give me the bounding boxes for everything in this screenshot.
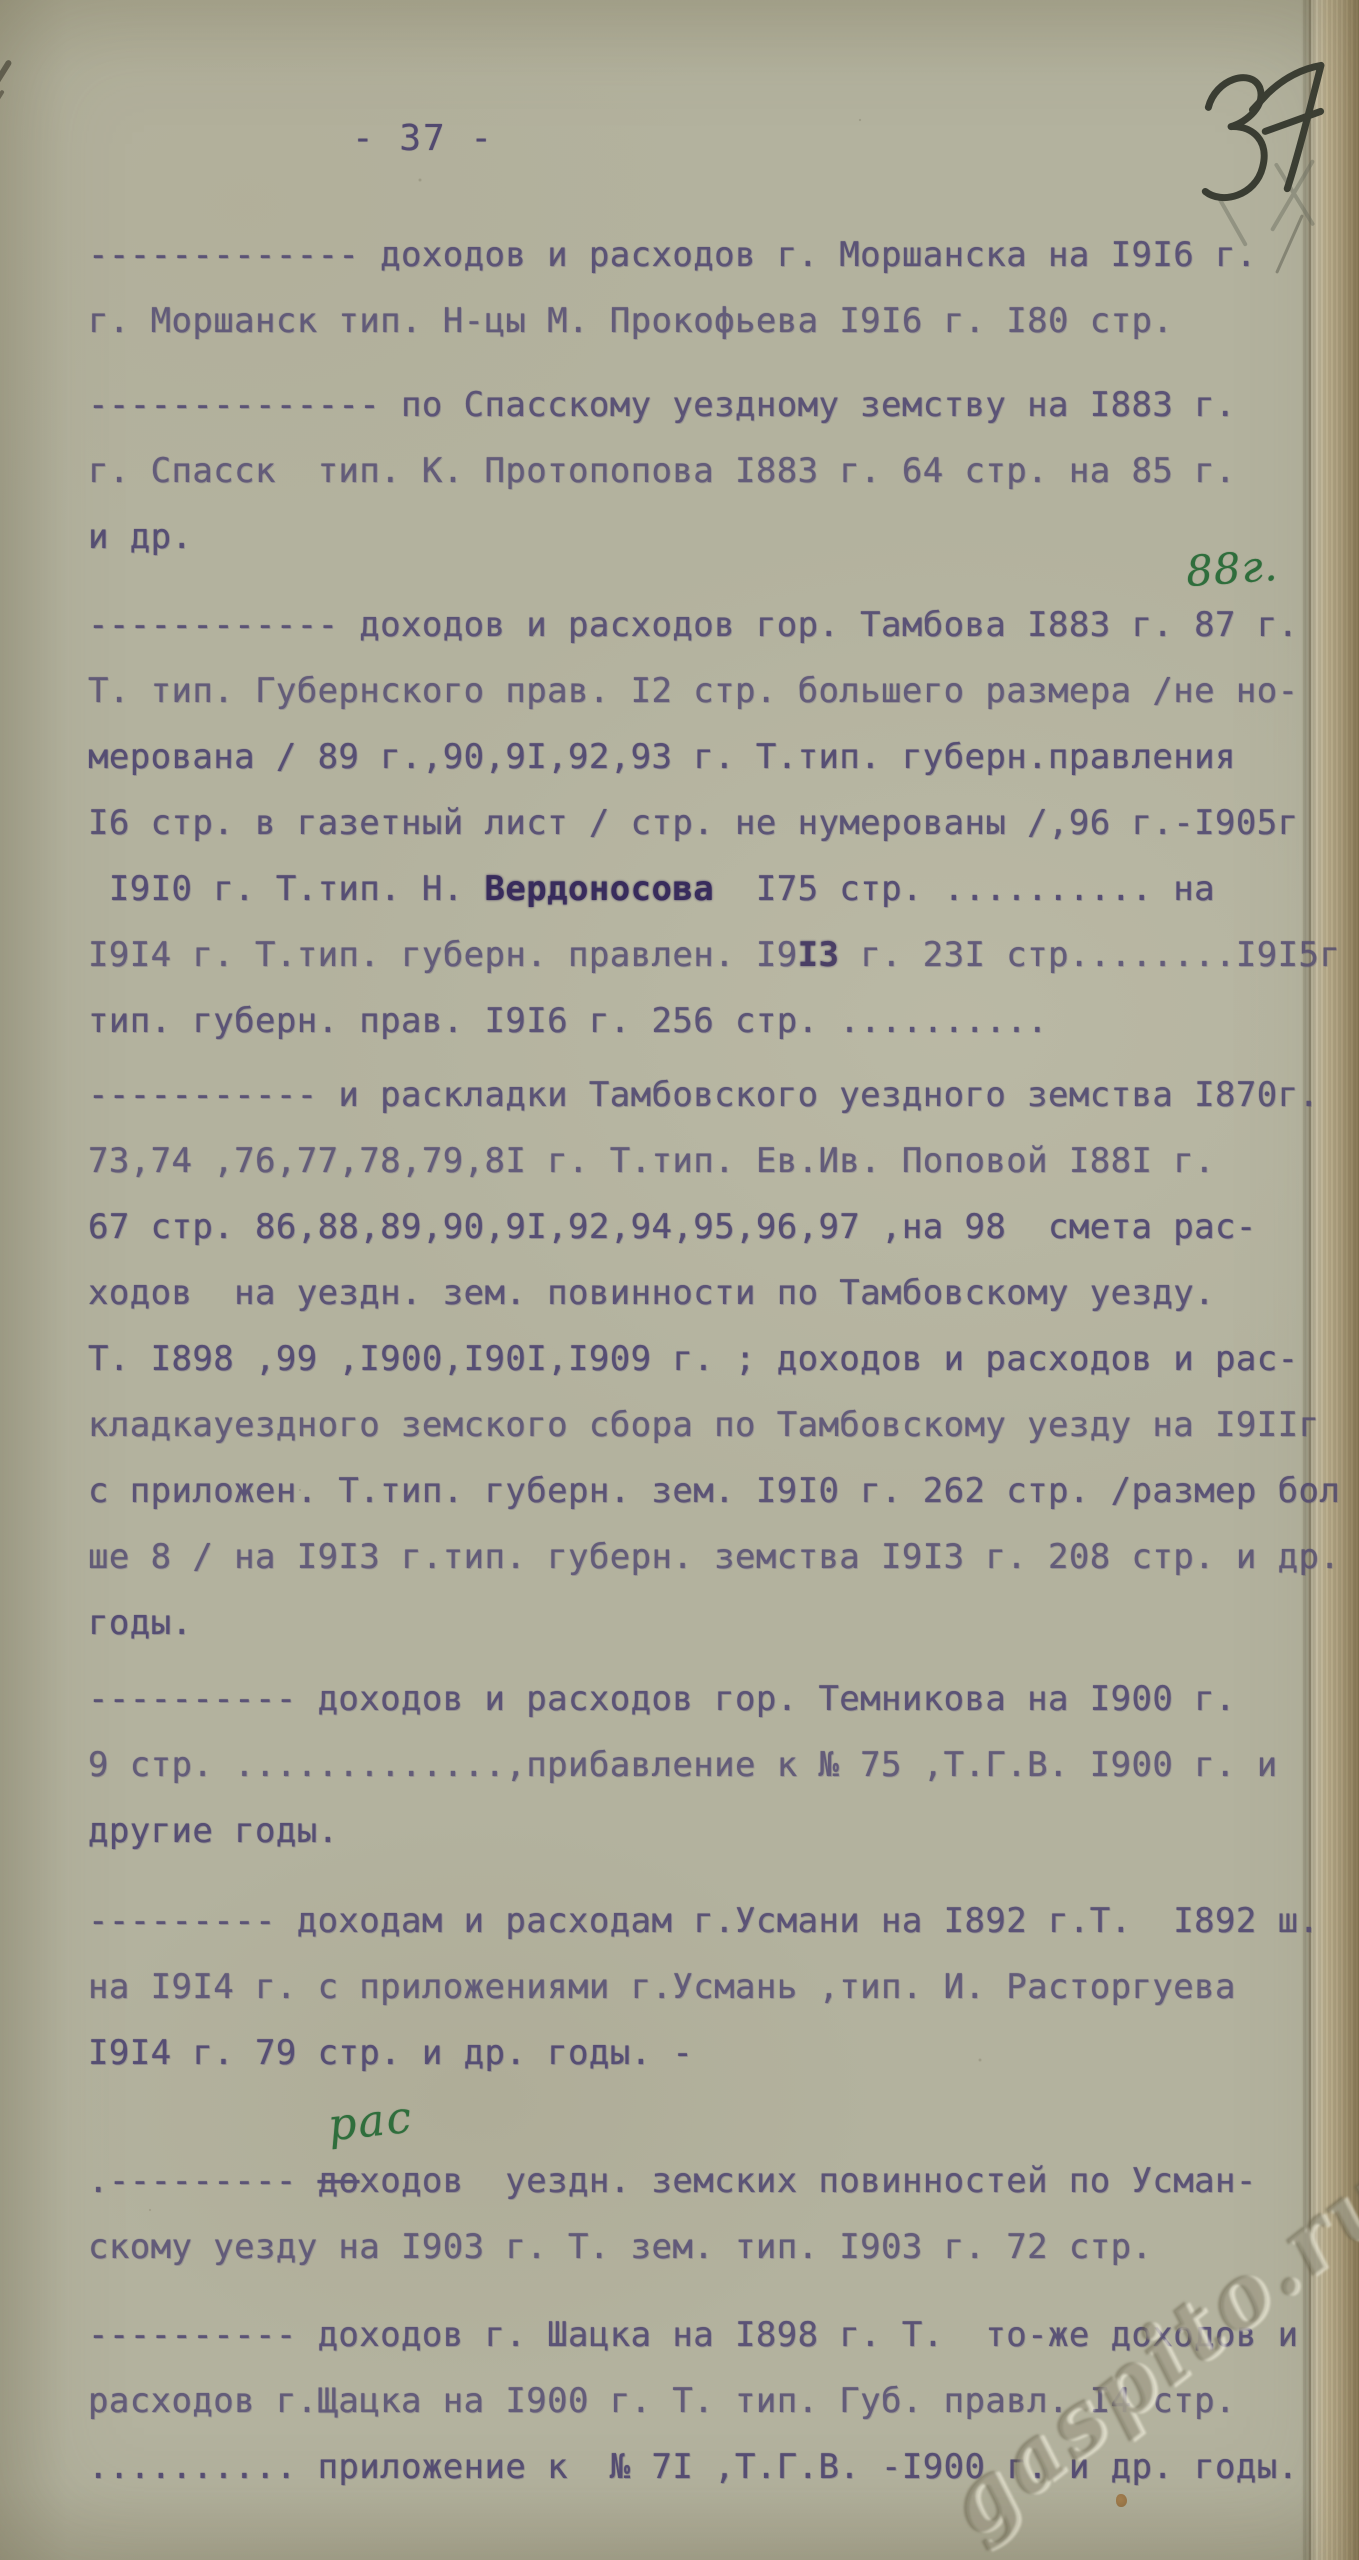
text-line: 9 стр. .............,прибавление к № 75 …: [88, 1732, 1325, 1798]
text-line: .--------- доходов уездн. земских повинн…: [88, 2148, 1325, 2214]
text-line: ----------- и раскладки Тамбовского уезд…: [88, 1062, 1325, 1128]
text-line: I9I4 г. 79 стр. и др. годы. -: [88, 2020, 1325, 2086]
text-line: ше 8 / на I9I3 г.тип. губерн. земства I9…: [88, 1524, 1325, 1590]
text-line: -------------- по Спасскому уездному зем…: [88, 372, 1325, 438]
text-line: --------- доходам и расходам г.Усмани на…: [88, 1888, 1325, 1954]
text-line: ------------ доходов и расходов гор. Там…: [88, 592, 1325, 658]
paragraph: ---------- доходов и расходов гор. Темни…: [88, 1666, 1325, 1864]
paragraph: .--------- доходов уездн. земских повинн…: [88, 2148, 1325, 2280]
paragraph: --------- доходам и расходам г.Усмани на…: [88, 1888, 1325, 2086]
text-line: .......... приложение к № 7I ,Т.Г.В. -I9…: [88, 2434, 1325, 2500]
text-line: мерована / 89 г.,90,9I,92,93 г. Т.тип. г…: [88, 724, 1325, 790]
text-line: с приложен. Т.тип. губерн. зем. I9I0 г. …: [88, 1458, 1325, 1524]
text-line: годы.: [88, 1590, 1325, 1656]
paper-stain: [1116, 2494, 1127, 2507]
text-line: г. Моршанск тип. Н-цы М. Прокофьева I9I6…: [88, 288, 1325, 354]
text-line: скому уезду на I903 г. Т. зем. тип. I903…: [88, 2214, 1325, 2280]
paragraph: ------------ доходов и расходов гор. Там…: [88, 592, 1325, 1054]
text-line: Т. тип. Губернского прав. I2 стр. больше…: [88, 658, 1325, 724]
text-line: тип. губерн. прав. I9I6 г. 256 стр. ....…: [88, 988, 1325, 1054]
paragraph: -------------- по Спасскому уездному зем…: [88, 372, 1325, 570]
text-line: ---------- доходов г. Шацка на I898 г. Т…: [88, 2302, 1325, 2368]
text-line: I6 стр. в газетный лист / стр. не нумеро…: [88, 790, 1325, 856]
text-line: ------------- доходов и расходов г. Морш…: [88, 222, 1325, 288]
paragraph: ---------- доходов г. Шацка на I898 г. Т…: [88, 2302, 1325, 2500]
scanned-document-page: - 37 - 88г. рас ------------- доходов и …: [0, 0, 1359, 2560]
text-line: и др.: [88, 504, 1325, 570]
text-line: 67 стр. 86,88,89,90,9I,92,94,95,96,97 ,н…: [88, 1194, 1325, 1260]
paragraph: ------------- доходов и расходов г. Морш…: [88, 222, 1325, 354]
text-line: I9I0 г. Т.тип. Н. Вердоносова I75 стр. .…: [88, 856, 1325, 922]
text-line: другие годы.: [88, 1798, 1325, 1864]
text-line: 73,74 ,76,77,78,79,8I г. Т.тип. Ев.Ив. П…: [88, 1128, 1325, 1194]
text-line: I9I4 г. Т.тип. губерн. правлен. I9I3 г. …: [88, 922, 1325, 988]
text-line: на I9I4 г. с приложениями г.Усмань ,тип.…: [88, 1954, 1325, 2020]
text-line: г. Спасск тип. К. Протопопова I883 г. 64…: [88, 438, 1325, 504]
text-line: расходов г.Щацка на I900 г. Т. тип. Губ.…: [88, 2368, 1325, 2434]
text-line: ---------- доходов и расходов гор. Темни…: [88, 1666, 1325, 1732]
text-line: кладкауездного земского сбора по Тамбовс…: [88, 1392, 1325, 1458]
paragraph: ----------- и раскладки Тамбовского уезд…: [88, 1062, 1325, 1656]
text-line: Т. I898 ,99 ,I900,I90I,I909 г. ; доходов…: [88, 1326, 1325, 1392]
text-line: ходов на уездн. зем. повинности по Тамбо…: [88, 1260, 1325, 1326]
document-body: ------------- доходов и расходов г. Морш…: [0, 0, 1359, 2560]
